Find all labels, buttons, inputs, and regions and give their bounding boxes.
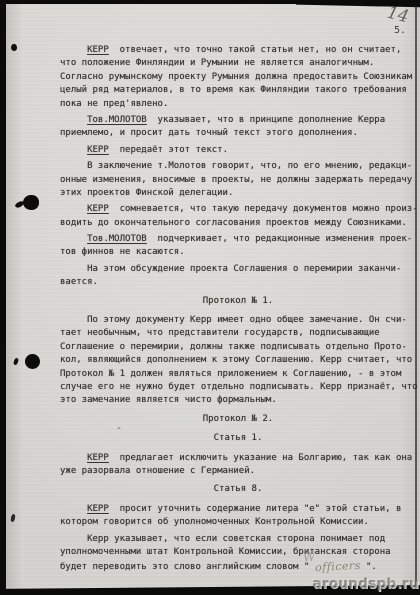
text-line: КЕРР сомневается, что такую передачу док… <box>60 203 416 216</box>
text-segment: Керр указывает, что если советская сторо… <box>60 534 385 544</box>
text-segment: предлагает исключить указание на Болгари… <box>109 453 412 463</box>
speaker-name: КЕРР <box>87 204 109 214</box>
paragraph: Тов.МОЛОТОВ подчеркивает, что редакционн… <box>60 233 416 260</box>
text-line: будет переводить это слово английским сл… <box>60 559 416 572</box>
text-line: В заключение т.Молотов говорит, что, по … <box>60 160 416 173</box>
text-line: целый ряд материалов, в то время как Фин… <box>60 84 416 97</box>
text-segment: отвечает, что точно такой статьи нет, но… <box>109 45 402 55</box>
paragraph: КЕРР просит уточнить содержание литера "… <box>60 503 416 530</box>
text-line: кол, являющийся дополнением к этому Согл… <box>60 354 416 367</box>
paragraph: КЕРР предлагает исключить указание на Бо… <box>60 452 416 479</box>
scanned-document-page: КЕРР отвечает, что точно такой статьи не… <box>0 0 420 595</box>
paragraph: КЕРР передаёт этот текст. <box>60 144 416 157</box>
paragraph: Керр указывает, что если советская сторо… <box>60 533 416 573</box>
text-line: уполномоченными штат Контрольной Комисси… <box>60 546 416 559</box>
text-line: случае его не нужно будет отдельно подпи… <box>60 381 416 394</box>
text-segment: котором говорится об уполномоченных Конт… <box>60 517 369 527</box>
text-line: приемлемо, и просит дать точный текст эт… <box>60 127 416 140</box>
text-segment: В заключение т.Молотов говорит, что, по … <box>60 161 412 171</box>
text-segment: уже разорвала отношение с Германией. <box>60 466 255 476</box>
text-segment: Протокол № 1 должен являться приложением… <box>60 369 401 379</box>
text-line: это замечание является чисто формальным. <box>60 394 416 407</box>
text-line: уже разорвала отношение с Германией. <box>60 465 416 478</box>
text-segment: будет переводить это слово английским сл… <box>60 562 315 572</box>
text-line: тает необычным, что представители госуда… <box>60 327 416 340</box>
text-segment: тов финнов не касаются. <box>60 247 185 257</box>
typed-page-number: 5. <box>394 25 406 36</box>
section-heading: Статья 8. <box>60 483 416 496</box>
scan-edge-left <box>0 0 6 595</box>
text-line: КЕРР просит уточнить содержание литера "… <box>60 503 416 516</box>
text-line: водить до окончательного согласования пр… <box>60 217 416 230</box>
document-text: КЕРР отвечает, что точно такой статьи не… <box>60 44 416 576</box>
paragraph: По этому документу Керр имеет одно общее… <box>60 314 416 408</box>
text-segment <box>60 234 87 244</box>
text-line: Керр указывает, что если советская сторо… <box>60 533 416 546</box>
ink-blot-large-2 <box>25 354 40 369</box>
text-line: Согласно румынскому проекту Румыния долж… <box>60 71 416 84</box>
text-segment <box>60 45 87 55</box>
section-heading: Статья 1. <box>60 432 416 445</box>
text-line: Тов.МОЛОТОВ подчеркивает, что редакционн… <box>60 233 416 246</box>
pencil-w-mark: W <box>302 549 316 564</box>
paragraph: Тов.МОЛОТОВ указывает, что в принципе до… <box>60 114 416 141</box>
text-line: этих проектов Финской делегации. <box>60 187 416 200</box>
text-segment <box>60 204 87 214</box>
text-line: что положение Финляндии и Румынии не явл… <box>60 57 416 70</box>
text-segment <box>60 504 87 514</box>
ink-blot-large-1 <box>23 195 39 210</box>
text-segment: подчеркивает, что редакционные изменения… <box>147 234 413 244</box>
speaker-name: КЕРР <box>87 504 109 514</box>
text-line: онные изменения, вносимые в проекты, не … <box>60 174 416 187</box>
handwritten-word: officers <box>314 559 360 575</box>
text-segment: По этому документу Керр имеет одно общее… <box>60 315 407 325</box>
text-line: котором говорится об уполномоченных Конт… <box>60 516 416 529</box>
watermark: aroundspb.ru <box>313 576 419 592</box>
text-segment: приемлемо, и просит дать точный текст эт… <box>60 128 358 138</box>
text-segment: кол, являющийся дополнением к этому Согл… <box>60 355 412 365</box>
page-right-edge-line <box>415 6 417 589</box>
section-heading: Протокол № 2. <box>60 413 416 426</box>
text-segment: что положение Финляндии и Румынии не явл… <box>60 58 374 68</box>
paragraph: В заключение т.Молотов говорит, что, по … <box>60 160 416 200</box>
text-segment: тает необычным, что представители госуда… <box>60 328 380 338</box>
text-segment: водить до окончательного согласования пр… <box>60 218 407 228</box>
text-line: Тов.МОЛОТОВ указывает, что в принципе до… <box>60 114 416 127</box>
text-segment: ". <box>361 562 377 572</box>
paragraph: КЕРР сомневается, что такую передачу док… <box>60 203 416 230</box>
speaker-name: КЕРР <box>87 45 109 55</box>
paragraph: КЕРР отвечает, что точно такой статьи не… <box>60 44 416 111</box>
text-segment: передаёт этот текст. <box>109 145 228 155</box>
text-segment <box>60 453 87 463</box>
text-segment: этих проектов Финской делегации. <box>60 188 233 198</box>
stray-pencil-dash: - <box>116 423 122 434</box>
text-segment: целый ряд материалов, в то время как Фин… <box>60 85 407 95</box>
speaker-name: КЕРР <box>87 453 109 463</box>
text-segment: это замечание является чисто формальным. <box>60 395 277 405</box>
text-line: КЕРР отвечает, что точно такой статьи не… <box>60 44 416 57</box>
text-segment: Согласно румынскому проекту Румыния долж… <box>60 72 412 82</box>
text-segment: случае его не нужно будет отдельно подпи… <box>60 382 418 392</box>
text-segment <box>60 115 87 125</box>
text-segment: Соглашение о перемирии, должны также под… <box>60 342 407 352</box>
text-segment: вается. <box>60 277 98 287</box>
text-segment: На этом обсуждение проекта Соглашения о … <box>60 264 401 274</box>
text-line: вается. <box>60 276 416 289</box>
text-segment: просит уточнить содержание литера "е" эт… <box>109 504 402 514</box>
text-line: Протокол № 1 должен являться приложением… <box>60 368 416 381</box>
text-line: пока не пред'явлено. <box>60 98 416 111</box>
text-line: КЕРР предлагает исключить указание на Бо… <box>60 452 416 465</box>
text-line: На этом обсуждение проекта Соглашения о … <box>60 263 416 276</box>
speaker-name: Тов.МОЛОТОВ <box>87 115 147 125</box>
text-segment: онные изменения, вносимые в проекты, не … <box>60 175 412 185</box>
text-line: По этому документу Керр имеет одно общее… <box>60 314 416 327</box>
section-heading: Протокол № 1. <box>60 295 416 308</box>
text-segment: пока не пред'явлено. <box>60 99 168 109</box>
speaker-name: КЕРР <box>87 145 109 155</box>
text-line: КЕРР передаёт этот текст. <box>60 144 416 157</box>
text-segment: уполномоченными штат Контрольной Комисси… <box>60 547 391 557</box>
text-segment: сомневается, что такую передачу документ… <box>109 204 418 214</box>
paragraph: На этом обсуждение проекта Соглашения о … <box>60 263 416 290</box>
text-line: тов финнов не касаются. <box>60 246 416 259</box>
speaker-name: Тов.МОЛОТОВ <box>87 234 147 244</box>
text-segment <box>60 145 87 155</box>
text-line: Соглашение о перемирии, должны также под… <box>60 341 416 354</box>
text-segment: указывает, что в принципе дополнение Кер… <box>147 115 385 125</box>
